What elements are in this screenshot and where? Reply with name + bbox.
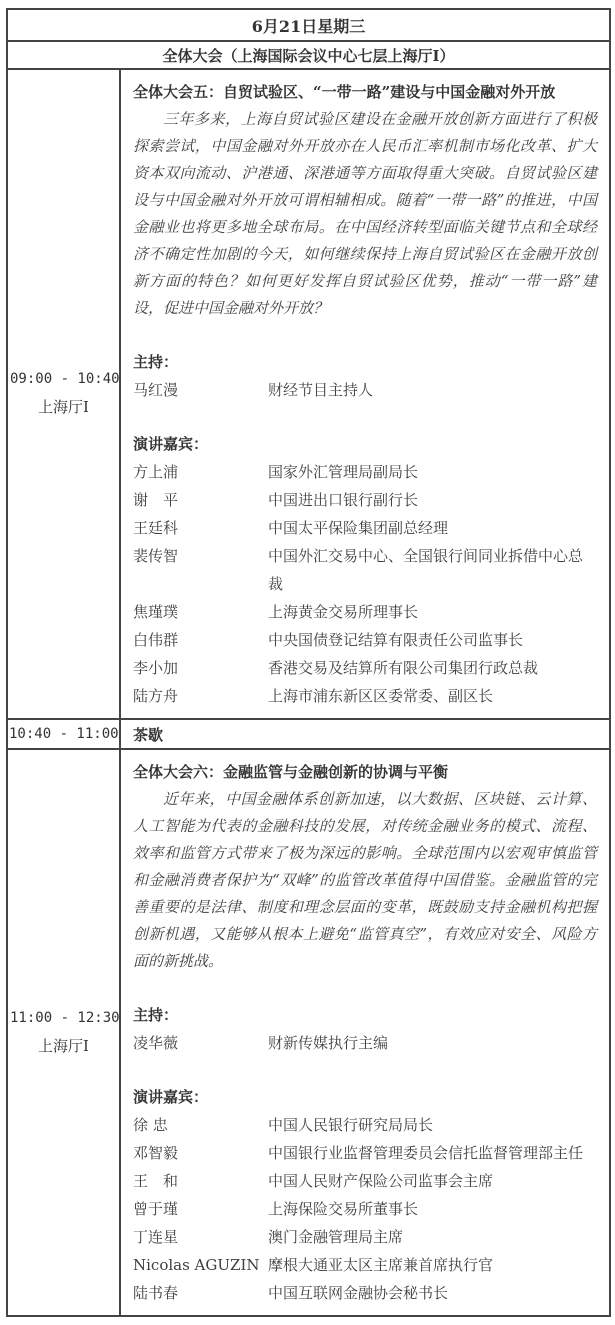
session-row-five: 09:00 - 10:40 上海厅Ⅰ 全体大会五：自贸试验区、“一带一路”建设与… xyxy=(7,69,610,719)
speaker-row: 王 和 中国人民财产保险公司监事会主席 xyxy=(133,1167,597,1195)
speaker-row: 王廷科 中国太平保险集团副总经理 xyxy=(133,514,597,542)
speaker-title: 上海黄金交易所理事长 xyxy=(268,598,597,626)
venue-header-row: 全体大会（上海国际会议中心七层上海厅Ⅰ） xyxy=(7,41,610,69)
speaker-title: 中国进出口银行副行长 xyxy=(268,486,597,514)
speaker-name: 谢 平 xyxy=(133,486,268,514)
host-name: 凌华薇 xyxy=(133,1029,268,1057)
speaker-row: 焦瑾璞 上海黄金交易所理事长 xyxy=(133,598,597,626)
speaker-name: 方上浦 xyxy=(133,458,268,486)
speaker-name: 王廷科 xyxy=(133,514,268,542)
speaker-row: 方上浦 国家外汇管理局副局长 xyxy=(133,458,597,486)
session-five-hall: 上海厅Ⅰ xyxy=(10,396,117,417)
conference-schedule-page: 6月21日星期三 全体大会（上海国际会议中心七层上海厅Ⅰ） 09:00 - 10… xyxy=(0,0,615,1325)
speaker-title: 中央国债登记结算有限责任公司监事长 xyxy=(268,626,597,654)
speaker-row: 李小加 香港交易及结算所有限公司集团行政总裁 xyxy=(133,654,597,682)
speakers-label: 演讲嘉宾： xyxy=(133,431,597,458)
venue-header: 全体大会（上海国际会议中心七层上海厅Ⅰ） xyxy=(7,41,610,69)
speaker-row: 徐 忠 中国人民银行研究局局长 xyxy=(133,1111,597,1139)
speaker-row: 曾于瑾 上海保险交易所董事长 xyxy=(133,1195,597,1223)
date-header-row: 6月21日星期三 xyxy=(7,9,610,41)
speaker-row: Nicolas AGUZIN 摩根大通亚太区主席兼首席执行官 xyxy=(133,1251,597,1279)
speaker-title: 中国互联网金融协会秘书长 xyxy=(268,1279,597,1307)
tea-break-time: 10:40 - 11:00 xyxy=(9,726,118,742)
speaker-title: 上海市浦东新区区委常委、副区长 xyxy=(268,682,597,710)
speakers-label: 演讲嘉宾： xyxy=(133,1084,597,1111)
speaker-name: 陆书春 xyxy=(133,1279,268,1307)
speaker-title: 中国银行业监督管理委员会信托监督管理部主任 xyxy=(268,1139,597,1167)
speaker-row: 白伟群 中央国债登记结算有限责任公司监事长 xyxy=(133,626,597,654)
host-row: 马红漫 财经节目主持人 xyxy=(133,376,597,404)
session-five-content-cell: 全体大会五：自贸试验区、“一带一路”建设与中国金融对外开放 三年多来，上海自贸试… xyxy=(120,69,610,719)
speaker-row: 谢 平 中国进出口银行副行长 xyxy=(133,486,597,514)
speakers-list: 徐 忠 中国人民银行研究局局长 邓智毅 中国银行业监督管理委员会信托监督管理部主… xyxy=(133,1111,597,1307)
speaker-row: 陆书春 中国互联网金融协会秘书长 xyxy=(133,1279,597,1307)
session-five-abstract: 三年多来，上海自贸试验区建设在金融开放创新方面进行了积极探索尝试，中国金融对外开… xyxy=(133,106,597,322)
host-title: 财经节目主持人 xyxy=(268,376,597,404)
tea-break-label: 茶歇 xyxy=(120,719,610,749)
session-six-content-cell: 全体大会六：金融监管与金融创新的协调与平衡 近年来，中国金融体系创新加速，以大数… xyxy=(120,749,610,1316)
speaker-title: 中国人民银行研究局局长 xyxy=(268,1111,597,1139)
speaker-name: 邓智毅 xyxy=(133,1139,268,1167)
tea-break-time-cell: 10:40 - 11:00 xyxy=(7,719,120,749)
speaker-title: 香港交易及结算所有限公司集团行政总裁 xyxy=(268,654,597,682)
session-six-abstract: 近年来，中国金融体系创新加速，以大数据、区块链、云计算、人工智能为代表的金融科技… xyxy=(133,786,597,975)
session-row-six: 11:00 - 12:30 上海厅Ⅰ 全体大会六：金融监管与金融创新的协调与平衡… xyxy=(7,749,610,1316)
speaker-title: 中国太平保险集团副总经理 xyxy=(268,514,597,542)
speaker-name: Nicolas AGUZIN xyxy=(133,1251,268,1279)
host-label: 主持： xyxy=(133,349,597,376)
speaker-name: 丁连星 xyxy=(133,1223,268,1251)
session-six-time-cell: 11:00 - 12:30 上海厅Ⅰ xyxy=(7,749,120,1316)
speaker-name: 裴传智 xyxy=(133,542,268,598)
session-five-time-cell: 09:00 - 10:40 上海厅Ⅰ xyxy=(7,69,120,719)
speaker-name: 曾于瑾 xyxy=(133,1195,268,1223)
schedule-table: 6月21日星期三 全体大会（上海国际会议中心七层上海厅Ⅰ） 09:00 - 10… xyxy=(6,8,611,1317)
tea-break-row: 10:40 - 11:00 茶歇 xyxy=(7,719,610,749)
speaker-name: 焦瑾璞 xyxy=(133,598,268,626)
speaker-row: 裴传智 中国外汇交易中心、全国银行间同业拆借中心总裁 xyxy=(133,542,597,598)
date-header: 6月21日星期三 xyxy=(7,9,610,41)
speaker-row: 陆方舟 上海市浦东新区区委常委、副区长 xyxy=(133,682,597,710)
speaker-name: 李小加 xyxy=(133,654,268,682)
speaker-title: 澳门金融管理局主席 xyxy=(268,1223,597,1251)
host-name: 马红漫 xyxy=(133,376,268,404)
speaker-title: 摩根大通亚太区主席兼首席执行官 xyxy=(268,1251,597,1279)
speaker-title: 中国外汇交易中心、全国银行间同业拆借中心总裁 xyxy=(268,542,597,598)
host-title: 财新传媒执行主编 xyxy=(268,1029,597,1057)
speaker-name: 王 和 xyxy=(133,1167,268,1195)
speaker-title: 国家外汇管理局副局长 xyxy=(268,458,597,486)
session-five-time: 09:00 - 10:40 xyxy=(10,371,117,387)
session-six-hall: 上海厅Ⅰ xyxy=(10,1035,117,1056)
speakers-list: 方上浦 国家外汇管理局副局长 谢 平 中国进出口银行副行长 王廷科 中国太平保险… xyxy=(133,458,597,710)
speaker-name: 徐 忠 xyxy=(133,1111,268,1139)
session-five-title: 全体大会五：自贸试验区、“一带一路”建设与中国金融对外开放 xyxy=(133,80,597,104)
session-six-time: 11:00 - 12:30 xyxy=(10,1010,117,1026)
speaker-row: 丁连星 澳门金融管理局主席 xyxy=(133,1223,597,1251)
host-label: 主持： xyxy=(133,1002,597,1029)
host-row: 凌华薇 财新传媒执行主编 xyxy=(133,1029,597,1057)
speaker-name: 白伟群 xyxy=(133,626,268,654)
session-six-title: 全体大会六：金融监管与金融创新的协调与平衡 xyxy=(133,760,597,784)
speaker-title: 中国人民财产保险公司监事会主席 xyxy=(268,1167,597,1195)
speaker-name: 陆方舟 xyxy=(133,682,268,710)
speaker-row: 邓智毅 中国银行业监督管理委员会信托监督管理部主任 xyxy=(133,1139,597,1167)
speaker-title: 上海保险交易所董事长 xyxy=(268,1195,597,1223)
